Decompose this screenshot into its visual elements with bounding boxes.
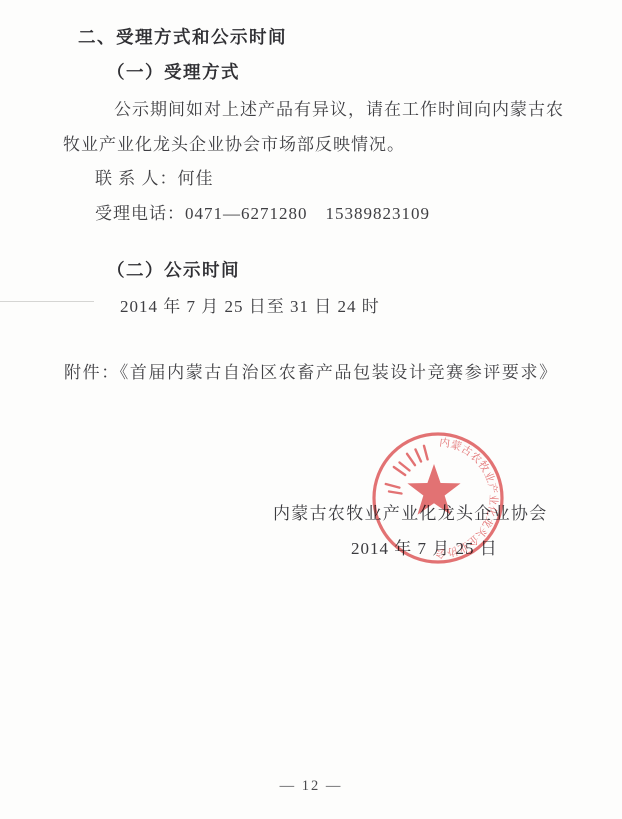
signature-date: 2014 年 7 月 25 日 <box>351 534 498 559</box>
document-page: 二、受理方式和公示时间 （一）受理方式 公示期间如对上述产品有异议，请在工作时间… <box>0 0 622 819</box>
contact-person-line: 联 系 人：何佳 <box>95 164 214 189</box>
page-number: — 12 — <box>0 778 622 795</box>
sub-heading-acceptance-method: （一）受理方式 <box>107 59 240 84</box>
publicity-time-line: 2014 年 7 月 25 日至 31 日 24 时 <box>120 292 380 317</box>
sub-heading-publicity-time: （二）公示时间 <box>107 257 240 282</box>
signature-organization: 内蒙古农牧业产业化龙头企业协会 <box>273 499 548 524</box>
acceptance-phone-line: 受理电话：0471—6271280 15389823109 <box>95 199 430 224</box>
section-heading: 二、受理方式和公示时间 <box>78 24 287 49</box>
paragraph-line-1: 公示期间如对上述产品有异议，请在工作时间向内蒙古农 <box>114 95 564 120</box>
attachment-line: 附件：《首届内蒙古自治区农畜产品包装设计竞赛参评要求》 <box>64 358 558 383</box>
paragraph-line-2: 牧业产业化龙头企业协会市场部反映情况。 <box>63 130 405 155</box>
seal-mongolian-script-marks <box>386 446 428 494</box>
scan-artifact-line <box>0 301 94 302</box>
